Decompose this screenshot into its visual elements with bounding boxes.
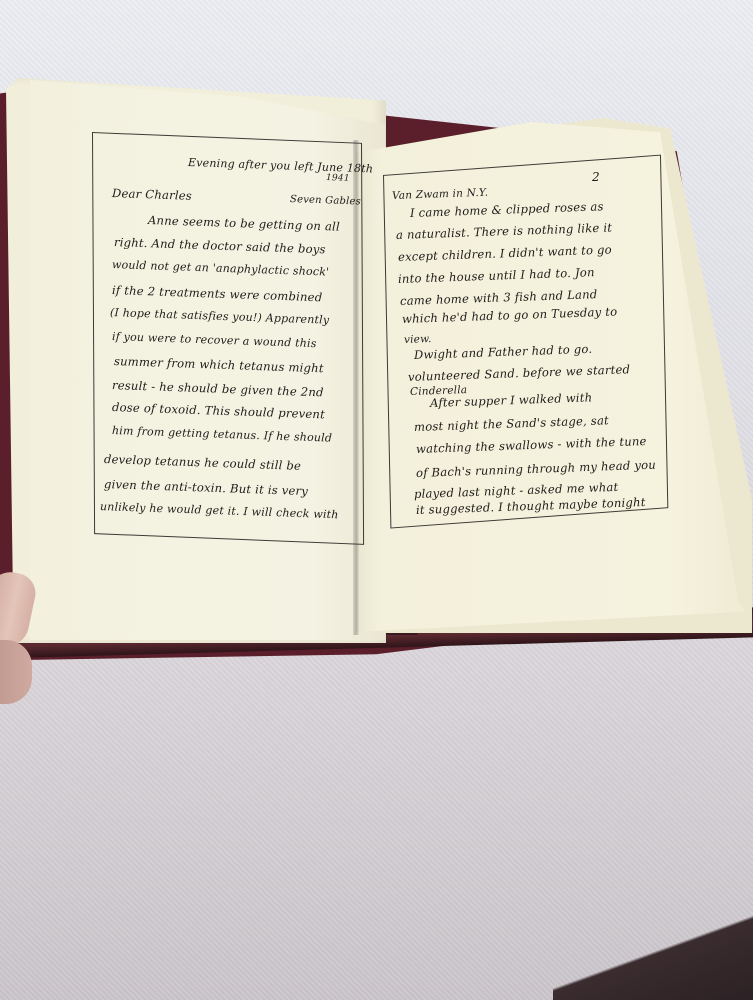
letter-salutation: Dear Charles <box>112 186 192 203</box>
page-number: 2 <box>592 170 600 184</box>
table-edge-shadow <box>553 910 753 1000</box>
letter-line: view. <box>404 333 432 346</box>
letter-year: 1941 <box>326 173 350 184</box>
